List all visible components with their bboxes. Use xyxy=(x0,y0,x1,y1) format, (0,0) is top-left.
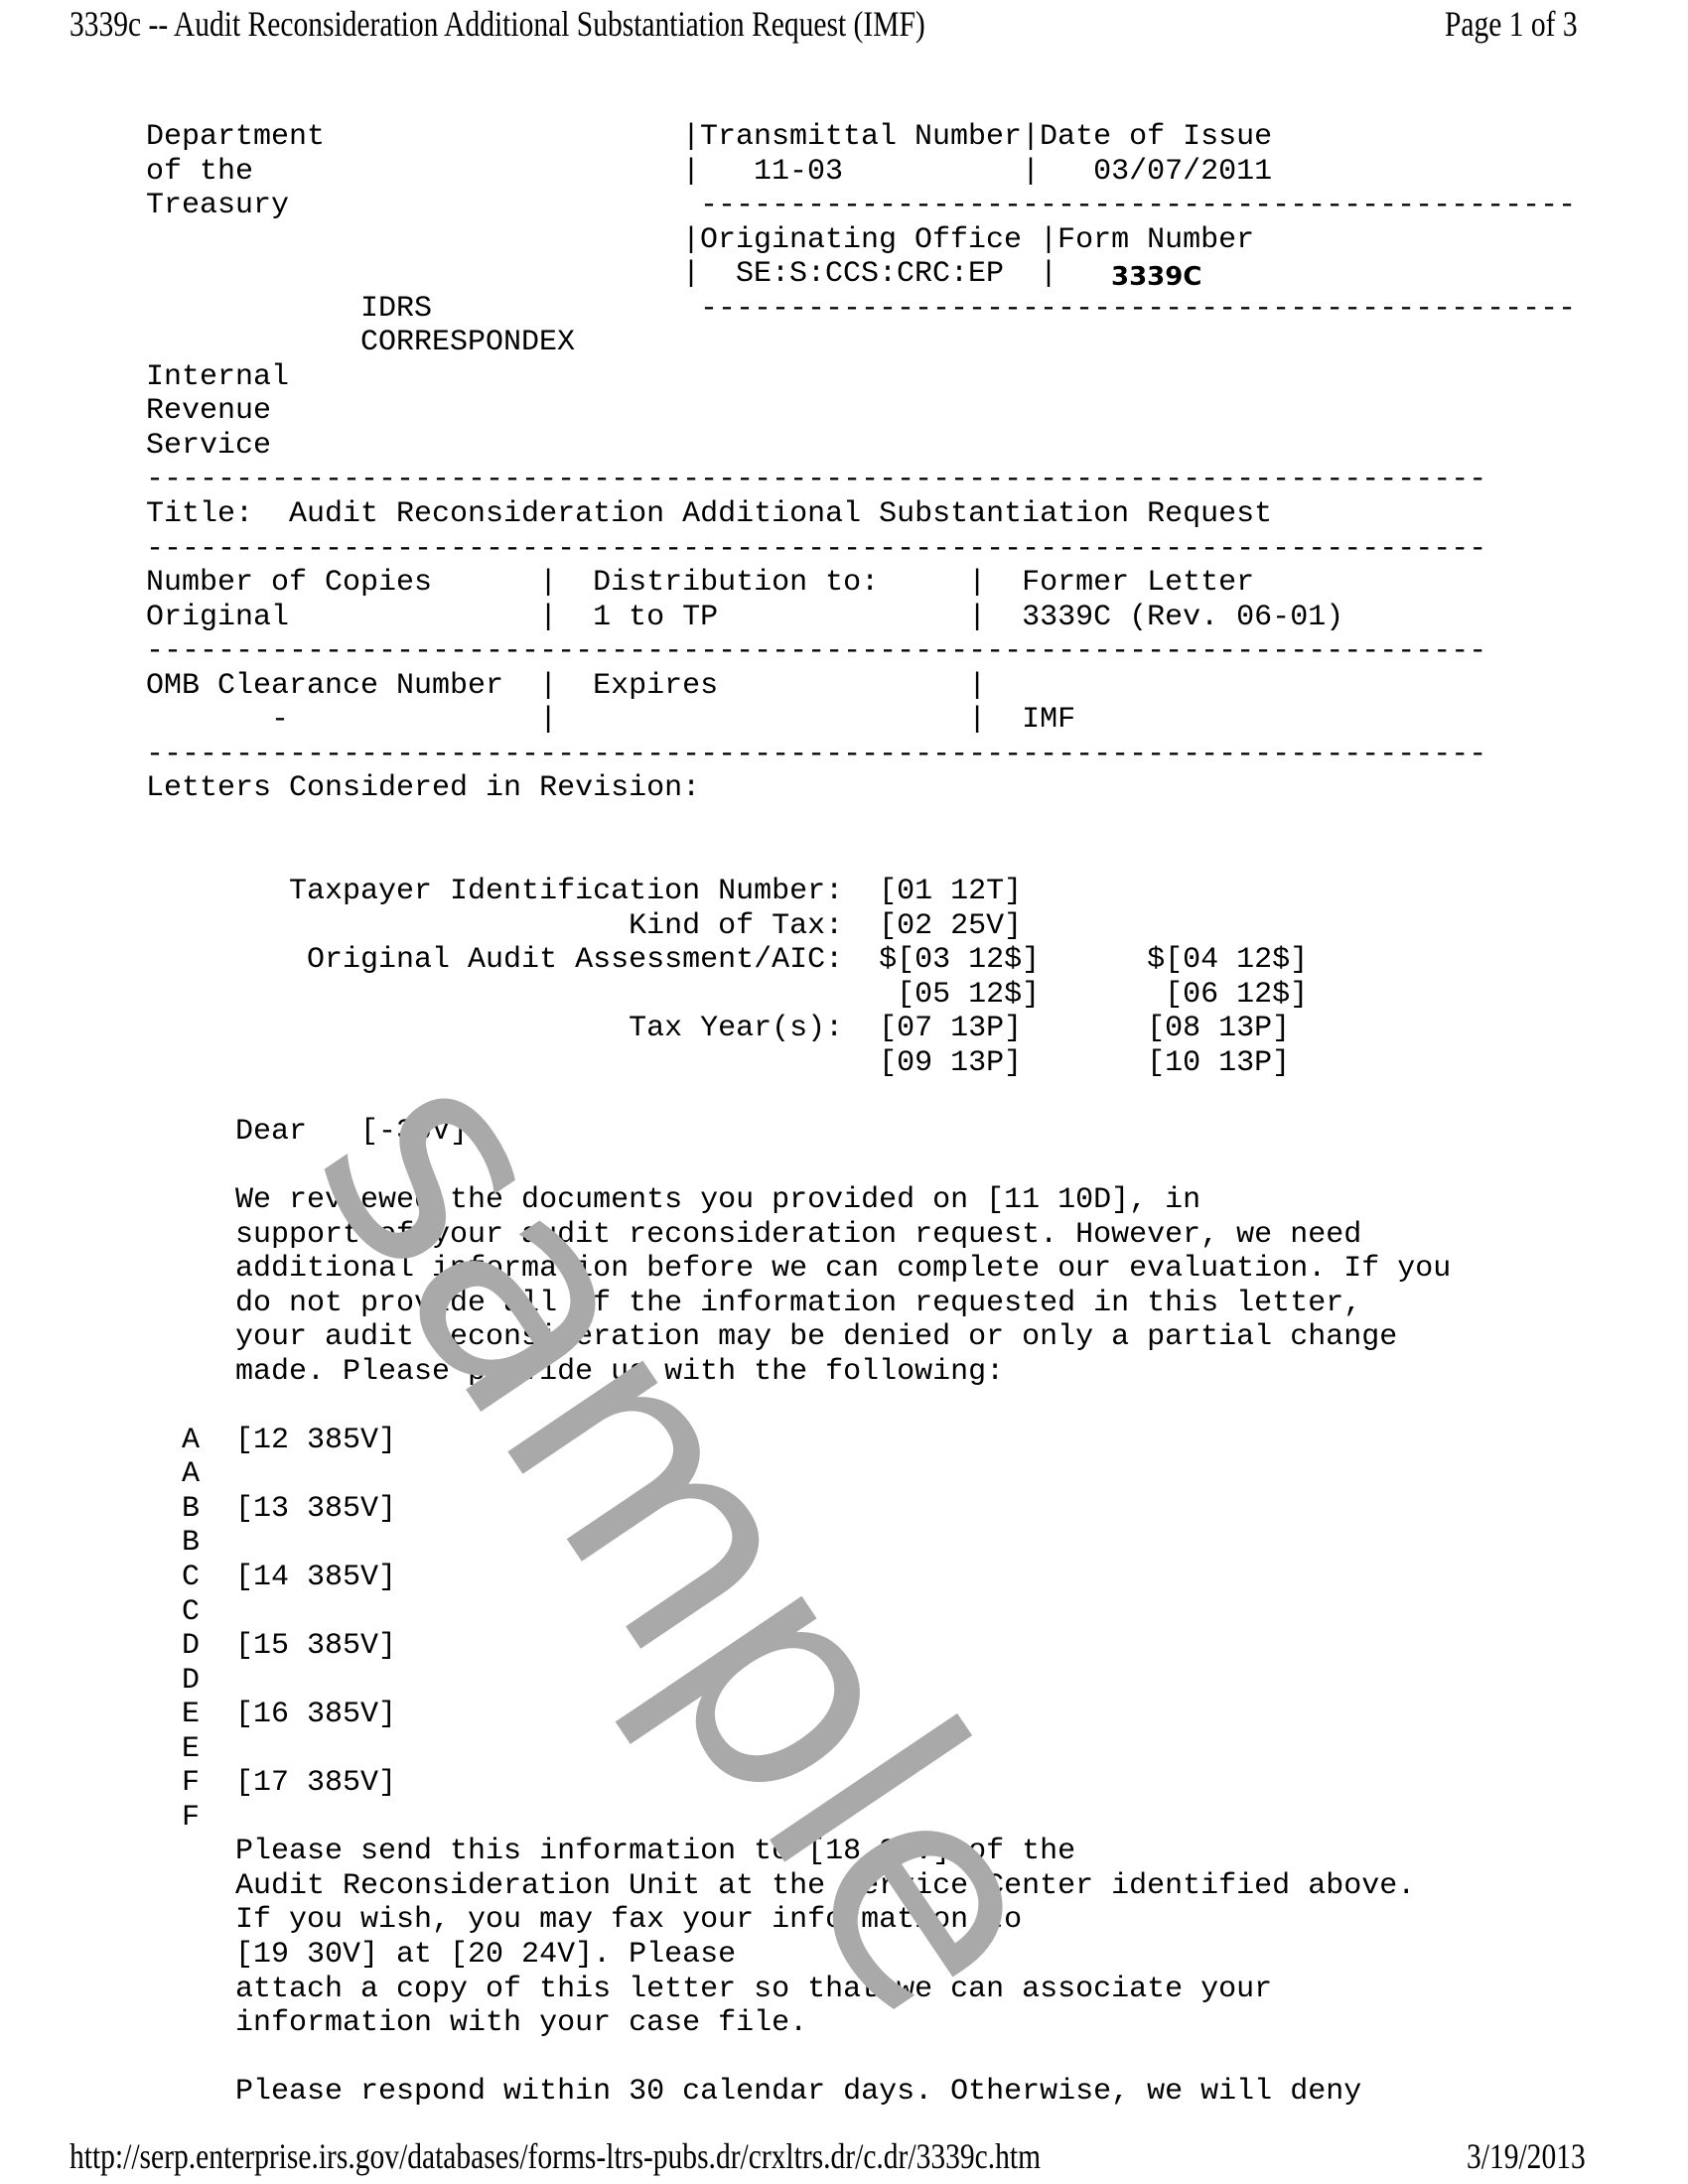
row-6: CORRESPONDEX xyxy=(146,326,217,360)
dept-line-1: Department xyxy=(146,120,325,155)
print-footer-date: 3/19/2013 xyxy=(1467,2136,1586,2176)
omb-labels-row: OMB Clearance Number | Expires | xyxy=(146,669,217,704)
body-line: Audit Reconsideration Unit at the Servic… xyxy=(146,1869,217,1904)
salutation-row: Dear [-30V] xyxy=(146,1115,217,1150)
item-row-e-2: E xyxy=(146,1732,217,1767)
omb-values-row: - | | IMF xyxy=(146,703,217,738)
row-5: IDRS -----------------------------------… xyxy=(146,292,217,327)
row-2: Treasury -------------------------------… xyxy=(146,189,217,223)
body-line: additional information before we can com… xyxy=(146,1252,217,1287)
separator-short: ----------------------------------------… xyxy=(700,189,1576,223)
body-text: additional information before we can com… xyxy=(146,1252,1451,1287)
item-row-c: C[14 385V] xyxy=(146,1561,217,1595)
row-9: Service xyxy=(146,429,217,464)
field-assessment: Original Audit Assessment/AIC: $[03 12$]… xyxy=(146,943,1308,978)
item-letter: D xyxy=(182,1664,200,1699)
transmittal-label: |Transmittal Number|Date of Issue xyxy=(682,120,1272,155)
separator-short-2: ----------------------------------------… xyxy=(700,292,1576,327)
blank-line xyxy=(146,1389,217,1424)
item-field: [16 385V] xyxy=(235,1698,396,1732)
body-text: support of your audit reconsideration re… xyxy=(146,1218,1361,1253)
body-line: Please respond within 30 calendar days. … xyxy=(146,2075,217,2110)
body-line: support of your audit reconsideration re… xyxy=(146,1218,217,1253)
body-text: your audit reconsideration may be denied… xyxy=(146,1320,1397,1355)
salutation: Dear [-30V] xyxy=(146,1115,468,1150)
body-line: do not provide all of the information re… xyxy=(146,1287,217,1321)
separator: ----------------------------------------… xyxy=(146,532,217,567)
body-line: We reviewed the documents you provided o… xyxy=(146,1183,217,1218)
item-row-b: B[13 385V] xyxy=(146,1492,217,1527)
blank-line xyxy=(146,840,217,875)
dept-line-3: Treasury xyxy=(146,189,289,223)
item-letter: A xyxy=(182,1424,200,1458)
item-row-f: F[17 385V] xyxy=(146,1766,217,1801)
copies-labels-row: Number of Copies | Distribution to: | Fo… xyxy=(146,566,217,601)
field-kind-of-tax: Kind of Tax: [02 25V] xyxy=(146,909,1022,944)
body-text: attach a copy of this letter so that we … xyxy=(146,1973,1272,2007)
item-letter: D xyxy=(182,1629,200,1664)
form-number: 3339C xyxy=(1111,260,1201,295)
omb-labels: OMB Clearance Number | Expires | xyxy=(146,669,986,704)
body-text: information with your case file. xyxy=(146,2006,807,2041)
row-3: |Originating Office |Form Number xyxy=(146,223,217,258)
item-row-a: A[12 385V] xyxy=(146,1424,217,1458)
field-row: [09 13P] [10 13P] xyxy=(146,1046,217,1081)
print-header-title: 3339c -- Audit Reconsideration Additiona… xyxy=(70,4,925,44)
field-row: Original Audit Assessment/AIC: $[03 12$]… xyxy=(146,943,217,978)
separator-line: ----------------------------------------… xyxy=(146,634,1486,669)
copies-values-row: Original | 1 to TP | 3339C (Rev. 06-01) xyxy=(146,601,217,635)
originating-label: |Originating Office |Form Number xyxy=(682,223,1254,258)
item-field: [14 385V] xyxy=(235,1561,396,1595)
item-letter: E xyxy=(182,1732,200,1767)
item-row-c-2: C xyxy=(146,1595,217,1630)
item-field: [17 385V] xyxy=(235,1766,396,1801)
field-tax-years: Tax Year(s): [07 13P] [08 13P] xyxy=(146,1012,1290,1046)
body-text: do not provide all of the information re… xyxy=(146,1287,1361,1321)
field-row: Kind of Tax: [02 25V] xyxy=(146,909,217,944)
field-tax-years-2: [09 13P] [10 13P] xyxy=(146,1046,1290,1081)
letter-title: Title: Audit Reconsideration Additional … xyxy=(146,497,1272,532)
dept-line-2: of the xyxy=(146,155,253,190)
separator: ----------------------------------------… xyxy=(146,463,217,497)
row-7: Internal xyxy=(146,360,217,395)
body-line: made. Please provide us with the followi… xyxy=(146,1355,217,1390)
body-line: information with your case file. xyxy=(146,2006,217,2041)
letters-considered: Letters Considered in Revision: xyxy=(146,771,700,806)
separator: ----------------------------------------… xyxy=(146,634,217,669)
field-tin: Taxpayer Identification Number: [01 12T] xyxy=(146,875,1022,909)
item-row-f-2: F xyxy=(146,1801,217,1836)
item-letter: B xyxy=(182,1526,200,1561)
item-letter: E xyxy=(182,1698,200,1732)
originating-value: | SE:S:CCS:CRC:EP | xyxy=(682,257,1057,292)
body-text: Audit Reconsideration Unit at the Servic… xyxy=(146,1869,1415,1904)
body-line: attach a copy of this letter so that we … xyxy=(146,1973,217,2007)
item-letter: C xyxy=(182,1595,200,1630)
print-footer-url: http://serp.enterprise.irs.gov/databases… xyxy=(70,2136,1041,2176)
irs-line-3: Service xyxy=(146,429,271,464)
blank-line xyxy=(146,1080,217,1115)
blank-line xyxy=(146,1149,217,1183)
copies-labels: Number of Copies | Distribution to: | Fo… xyxy=(146,566,1254,601)
system-line-2: CORRESPONDEX xyxy=(360,326,575,360)
item-field: [13 385V] xyxy=(235,1492,396,1527)
row-0: Department |Transmittal Number|Date of I… xyxy=(146,120,217,155)
body-text: We reviewed the documents you provided o… xyxy=(146,1183,1200,1218)
body-text: Please send this information to [18 30V]… xyxy=(146,1835,1075,1869)
item-row-b-2: B xyxy=(146,1526,217,1561)
system-line-1: IDRS xyxy=(360,292,432,327)
separator-line: ----------------------------------------… xyxy=(146,532,1486,567)
item-field: [15 385V] xyxy=(235,1629,396,1664)
body-line: [19 30V] at [20 24V]. Please xyxy=(146,1938,217,1973)
separator: ----------------------------------------… xyxy=(146,738,217,772)
irs-line-1: Internal xyxy=(146,360,289,395)
letter-sheet: Department |Transmittal Number|Date of I… xyxy=(146,120,217,2110)
irs-line-2: Revenue xyxy=(146,394,271,429)
item-row-d: D[15 385V] xyxy=(146,1629,217,1664)
blank-line xyxy=(146,2041,217,2076)
transmittal-values: | 11-03 | 03/07/2011 xyxy=(682,155,1272,190)
row-1: of the | 11-03 | 03/07/2011 xyxy=(146,155,217,190)
item-letter: F xyxy=(182,1766,200,1801)
item-letter: A xyxy=(182,1457,200,1492)
body-text: If you wish, you may fax your informatio… xyxy=(146,1903,1022,1938)
item-field: [12 385V] xyxy=(235,1424,396,1458)
item-letter: C xyxy=(182,1561,200,1595)
print-header-page-number: Page 1 of 3 xyxy=(1445,4,1578,44)
body-text: Please respond within 30 calendar days. … xyxy=(146,2075,1361,2110)
copies-values: Original | 1 to TP | 3339C (Rev. 06-01) xyxy=(146,601,1343,635)
body-line: If you wish, you may fax your informatio… xyxy=(146,1903,217,1938)
omb-values: - | | IMF xyxy=(146,703,1075,738)
separator-line: ----------------------------------------… xyxy=(146,738,1486,772)
body-text: made. Please provide us with the followi… xyxy=(146,1355,1004,1390)
item-letter: B xyxy=(182,1492,200,1527)
body-line: your audit reconsideration may be denied… xyxy=(146,1320,217,1355)
title-row: Title: Audit Reconsideration Additional … xyxy=(146,497,217,532)
item-row-a-2: A xyxy=(146,1457,217,1492)
letters-considered-row: Letters Considered in Revision: xyxy=(146,771,217,806)
item-letter: F xyxy=(182,1801,200,1836)
row-4: | SE:S:CCS:CRC:EP | 3339C xyxy=(146,257,217,292)
field-row: [05 12$] [06 12$] xyxy=(146,978,217,1013)
body-text: [19 30V] at [20 24V]. Please xyxy=(146,1938,736,1973)
field-assessment-2: [05 12$] [06 12$] xyxy=(146,978,1308,1013)
body-line: Please send this information to [18 30V]… xyxy=(146,1835,217,1869)
field-row: Taxpayer Identification Number: [01 12T] xyxy=(146,875,217,909)
row-8: Revenue xyxy=(146,394,217,429)
item-row-d-2: D xyxy=(146,1664,217,1699)
item-row-e: E[16 385V] xyxy=(146,1698,217,1732)
field-row: Tax Year(s): [07 13P] [08 13P] xyxy=(146,1012,217,1046)
blank-line xyxy=(146,806,217,841)
separator-line: ----------------------------------------… xyxy=(146,463,1486,497)
